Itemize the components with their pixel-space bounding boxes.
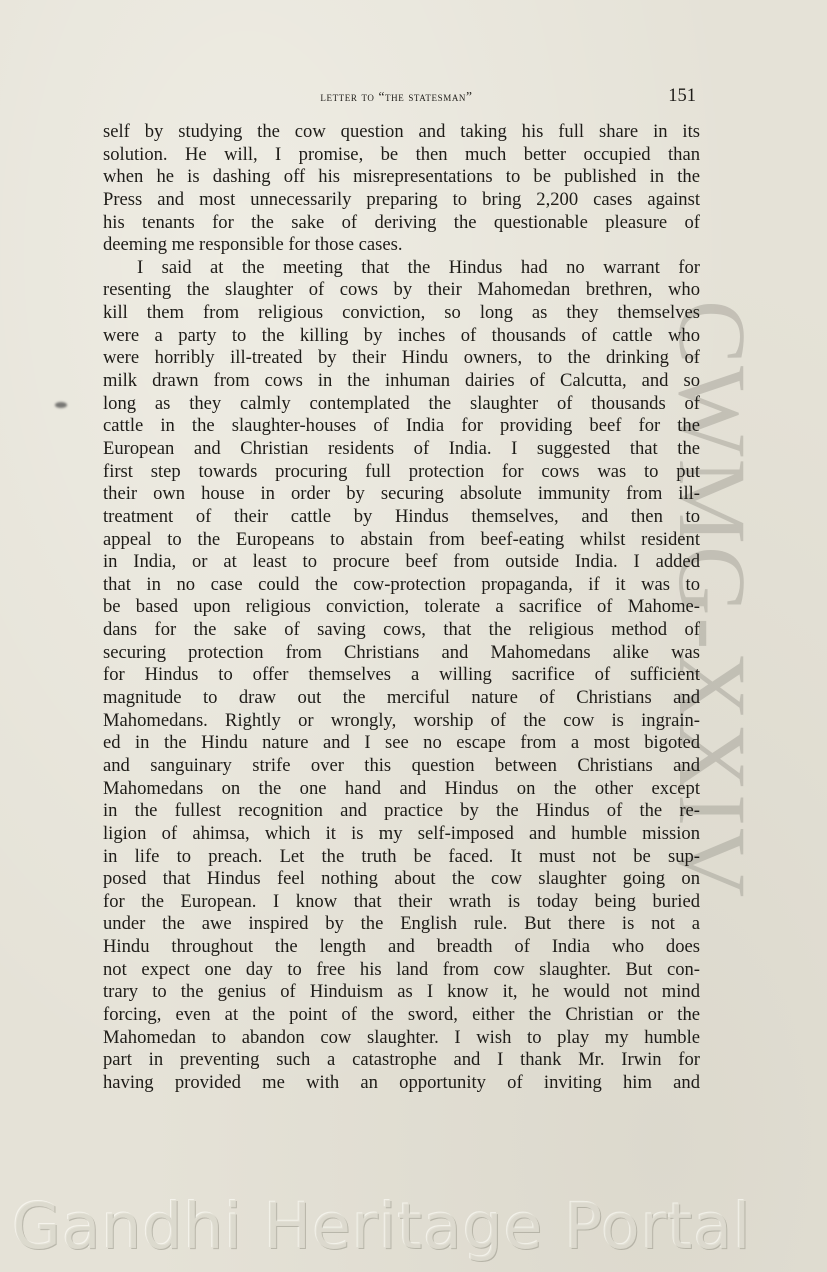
text-line: in the fullest recognition and practice …: [103, 800, 700, 823]
text-line: in India, or at least to procure beef fr…: [103, 551, 700, 574]
text-line: when he is dashing off his misrepresenta…: [103, 166, 700, 189]
text-line: Press and most unnecessarily preparing t…: [103, 189, 700, 212]
text-line: self by studying the cow question and ta…: [103, 121, 700, 144]
text-line: first step towards procuring full protec…: [103, 461, 700, 484]
text-line: forcing, even at the point of the sword,…: [103, 1004, 700, 1027]
text-line: and sanguinary strife over this question…: [103, 755, 700, 778]
text-line: not expect one day to free his land from…: [103, 959, 700, 982]
text-line: Mahomedan to abandon cow slaughter. I wi…: [103, 1027, 700, 1050]
text-line: magnitude to draw out the merciful natur…: [103, 687, 700, 710]
text-line: posed that Hindus feel nothing about the…: [103, 868, 700, 891]
text-line: securing protection from Christians and …: [103, 642, 700, 665]
text-line: for Hindus to offer themselves a willing…: [103, 664, 700, 687]
text-line: Hindu throughout the length and breadth …: [103, 936, 700, 959]
text-line: Mahomedans on the one hand and Hindus on…: [103, 778, 700, 801]
text-line: his tenants for the sake of deriving the…: [103, 212, 700, 235]
text-line: trary to the genius of Hinduism as I kno…: [103, 981, 700, 1004]
text-line: deeming me responsible for those cases.: [103, 234, 700, 257]
text-line: kill them from religious conviction, so …: [103, 302, 700, 325]
text-line: for the European. I know that their wrat…: [103, 891, 700, 914]
text-line: having provided me with an opportunity o…: [103, 1072, 700, 1095]
running-head: LETTER TO “THE STATESMAN” 151: [103, 86, 700, 110]
text-line: long as they calmly contemplated the sla…: [103, 393, 700, 416]
text-line: resenting the slaughter of cows by their…: [103, 279, 700, 302]
text-line: ed in the Hindu nature and I see no esca…: [103, 732, 700, 755]
text-line: solution. He will, I promise, be then mu…: [103, 144, 700, 167]
page-number: 151: [668, 86, 696, 107]
running-title: LETTER TO “THE STATESMAN”: [93, 89, 700, 105]
ink-smudge: [55, 402, 67, 408]
text-line: treatment of their cattle by Hindus them…: [103, 506, 700, 529]
text-line: Mahomedans. Rightly or wrongly, worship …: [103, 710, 700, 733]
text-line: in life to preach. Let the truth be face…: [103, 846, 700, 869]
text-line: under the awe inspired by the English ru…: [103, 913, 700, 936]
paragraph-start: I said at the meeting that the Hindus ha…: [103, 257, 700, 280]
text-line: appeal to the Europeans to abstain from …: [103, 529, 700, 552]
text-line: their own house in order by securing abs…: [103, 483, 700, 506]
text-line: European and Christian residents of Indi…: [103, 438, 700, 461]
text-line: that in no case could the cow-protection…: [103, 574, 700, 597]
text-line: dans for the sake of saving cows, that t…: [103, 619, 700, 642]
text-line: ligion of ahimsa, which it is my self-im…: [103, 823, 700, 846]
text-line: be based upon religious conviction, tole…: [103, 596, 700, 619]
text-line: were horribly ill-treated by their Hindu…: [103, 347, 700, 370]
body-text: self by studying the cow question and ta…: [103, 121, 700, 1095]
text-line: milk drawn from cows in the inhuman dair…: [103, 370, 700, 393]
portal-watermark: Gandhi Heritage Portal: [12, 1190, 751, 1263]
text-line: cattle in the slaughter-houses of India …: [103, 415, 700, 438]
text-line: were a party to the killing by inches of…: [103, 325, 700, 348]
text-line: part in preventing such a catastrophe an…: [103, 1049, 700, 1072]
